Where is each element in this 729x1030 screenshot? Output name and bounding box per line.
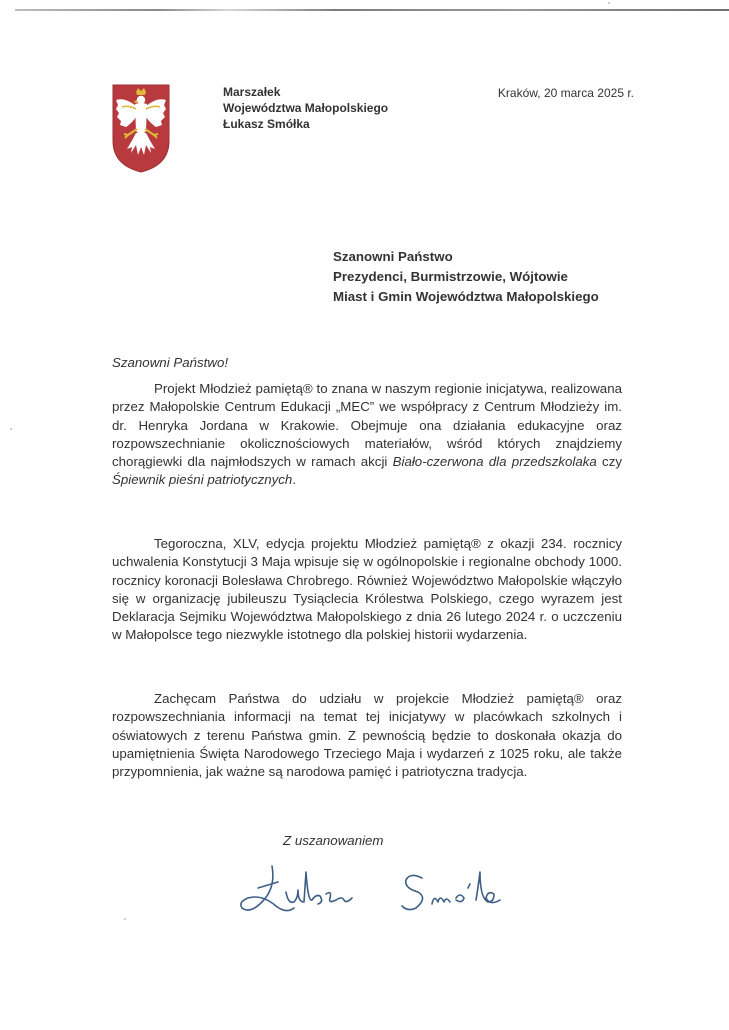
recipient-line-2: Prezydenci, Burmistrzowie, Wójtowie — [333, 267, 599, 287]
recipient-line-3: Miast i Gmin Województwa Małopolskiego — [333, 287, 599, 307]
scan-speck — [10, 428, 12, 430]
paragraph-2: Tegoroczna, XLV, edycja projektu Młodzie… — [112, 535, 622, 645]
recipient-line-1: Szanowni Państwo — [333, 247, 599, 267]
paragraph-3: Zachęcam Państwa do udziału w projekcie … — [112, 690, 622, 781]
closing: Z uszanowaniem — [283, 833, 384, 848]
sender-name: Łukasz Smółka — [223, 116, 388, 132]
coat-of-arms-icon — [112, 83, 170, 173]
salutation: Szanowni Państwo! — [112, 355, 228, 370]
signature-icon — [232, 858, 532, 928]
letter-date: Kraków, 20 marca 2025 r. — [498, 86, 634, 100]
scan-speck — [608, 2, 610, 4]
paragraph-1-connector: czy — [597, 454, 622, 469]
sender-office: Województwa Małopolskiego — [223, 100, 388, 116]
paragraph-1: Projekt Młodzież pamiętą® to znana w nas… — [112, 380, 622, 490]
paragraph-2-text: Tegoroczna, XLV, edycja projektu Młodzie… — [112, 536, 622, 642]
campaign-title: Biało-czerwona dla przedszkolaka — [393, 454, 597, 469]
paragraph-1-end: . — [292, 472, 296, 487]
recipient-block: Szanowni Państwo Prezydenci, Burmistrzow… — [333, 247, 599, 307]
top-scan-rule — [15, 9, 729, 11]
sender-title: Marszałek — [223, 84, 388, 100]
songbook-title: Śpiewnik pieśni patriotycznych — [112, 472, 292, 487]
paragraph-3-text: Zachęcam Państwa do udziału w projekcie … — [112, 691, 622, 779]
sender-block: Marszałek Województwa Małopolskiego Łuka… — [223, 84, 388, 132]
scan-speck — [124, 918, 126, 920]
